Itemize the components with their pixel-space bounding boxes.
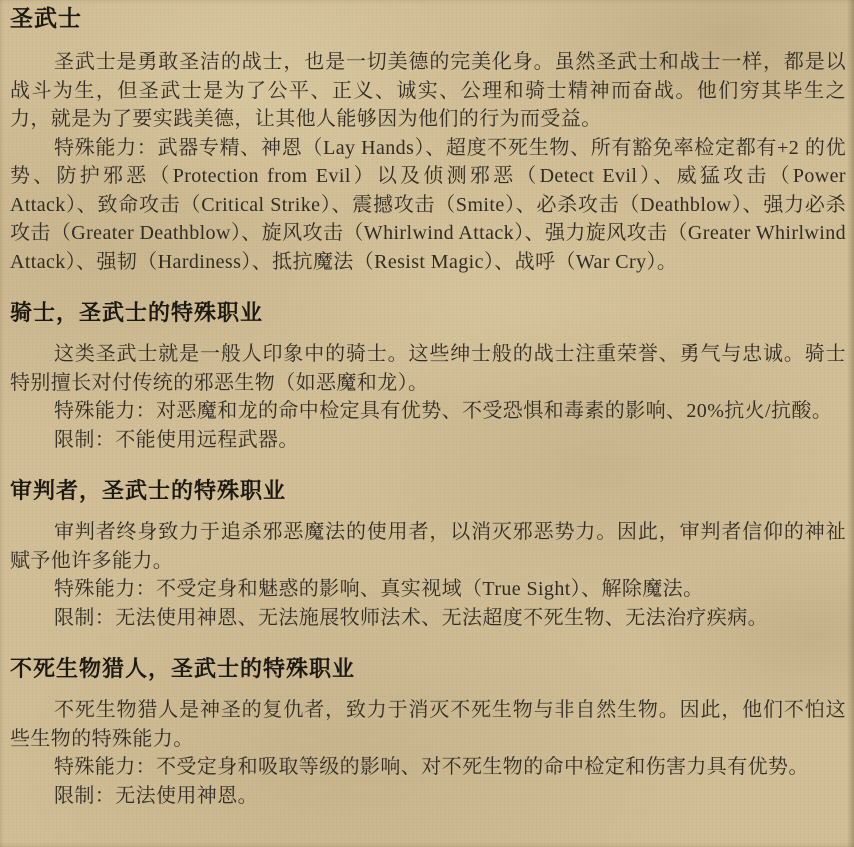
section-cavalier: 骑士，圣武士的特殊职业 这类圣武士就是一般人印象中的骑士。这些绅士般的战士注重荣… (10, 298, 846, 454)
undead-hunter-intro-paragraph: 不死生物猎人是神圣的复仇者，致力于消灭不死生物与非自然生物。因此，他们不怕这些生… (10, 696, 846, 753)
manual-page: 圣武士 圣武士是勇敢圣洁的战士，也是一切美德的完美化身。虽然圣武士和战士一样，都… (0, 0, 854, 810)
section-undead-hunter: 不死生物猎人，圣武士的特殊职业 不死生物猎人是神圣的复仇者，致力于消灭不死生物与… (10, 654, 846, 810)
paladin-abilities-paragraph: 特殊能力：武器专精、神恩（Lay Hands）、超度不死生物、所有豁免率检定都有… (10, 134, 846, 277)
undead-hunter-abilities-paragraph: 特殊能力：不受定身和吸取等级的影响、对不死生物的命中检定和伤害力具有优势。 (10, 753, 846, 782)
inquisitor-abilities-paragraph: 特殊能力：不受定身和魅惑的影响、真实视域（True Sight）、解除魔法。 (10, 575, 846, 604)
cavalier-intro-paragraph: 这类圣武士就是一般人印象中的骑士。这些绅士般的战士注重荣誉、勇气与忠诚。骑士特别… (10, 340, 846, 397)
cavalier-heading: 骑士，圣武士的特殊职业 (10, 298, 846, 328)
paladin-intro-paragraph: 圣武士是勇敢圣洁的战士，也是一切美德的完美化身。虽然圣武士和战士一样，都是以战斗… (10, 48, 846, 134)
undead-hunter-restrictions-paragraph: 限制：无法使用神恩。 (10, 782, 846, 811)
cavalier-abilities-paragraph: 特殊能力：对恶魔和龙的命中检定具有优势、不受恐惧和毒素的影响、20%抗火/抗酸。 (10, 397, 846, 426)
section-paladin: 圣武士 圣武士是勇敢圣洁的战士，也是一切美德的完美化身。虽然圣武士和战士一样，都… (10, 4, 846, 276)
page-title: 圣武士 (10, 4, 846, 34)
undead-hunter-heading: 不死生物猎人，圣武士的特殊职业 (10, 654, 846, 684)
cavalier-restrictions-paragraph: 限制：不能使用远程武器。 (10, 426, 846, 455)
inquisitor-heading: 审判者，圣武士的特殊职业 (10, 476, 846, 506)
inquisitor-intro-paragraph: 审判者终身致力于追杀邪恶魔法的使用者，以消灭邪恶势力。因此，审判者信仰的神祉赋予… (10, 518, 846, 575)
inquisitor-restrictions-paragraph: 限制：无法使用神恩、无法施展牧师法术、无法超度不死生物、无法治疗疾病。 (10, 604, 846, 633)
section-inquisitor: 审判者，圣武士的特殊职业 审判者终身致力于追杀邪恶魔法的使用者，以消灭邪恶势力。… (10, 476, 846, 632)
